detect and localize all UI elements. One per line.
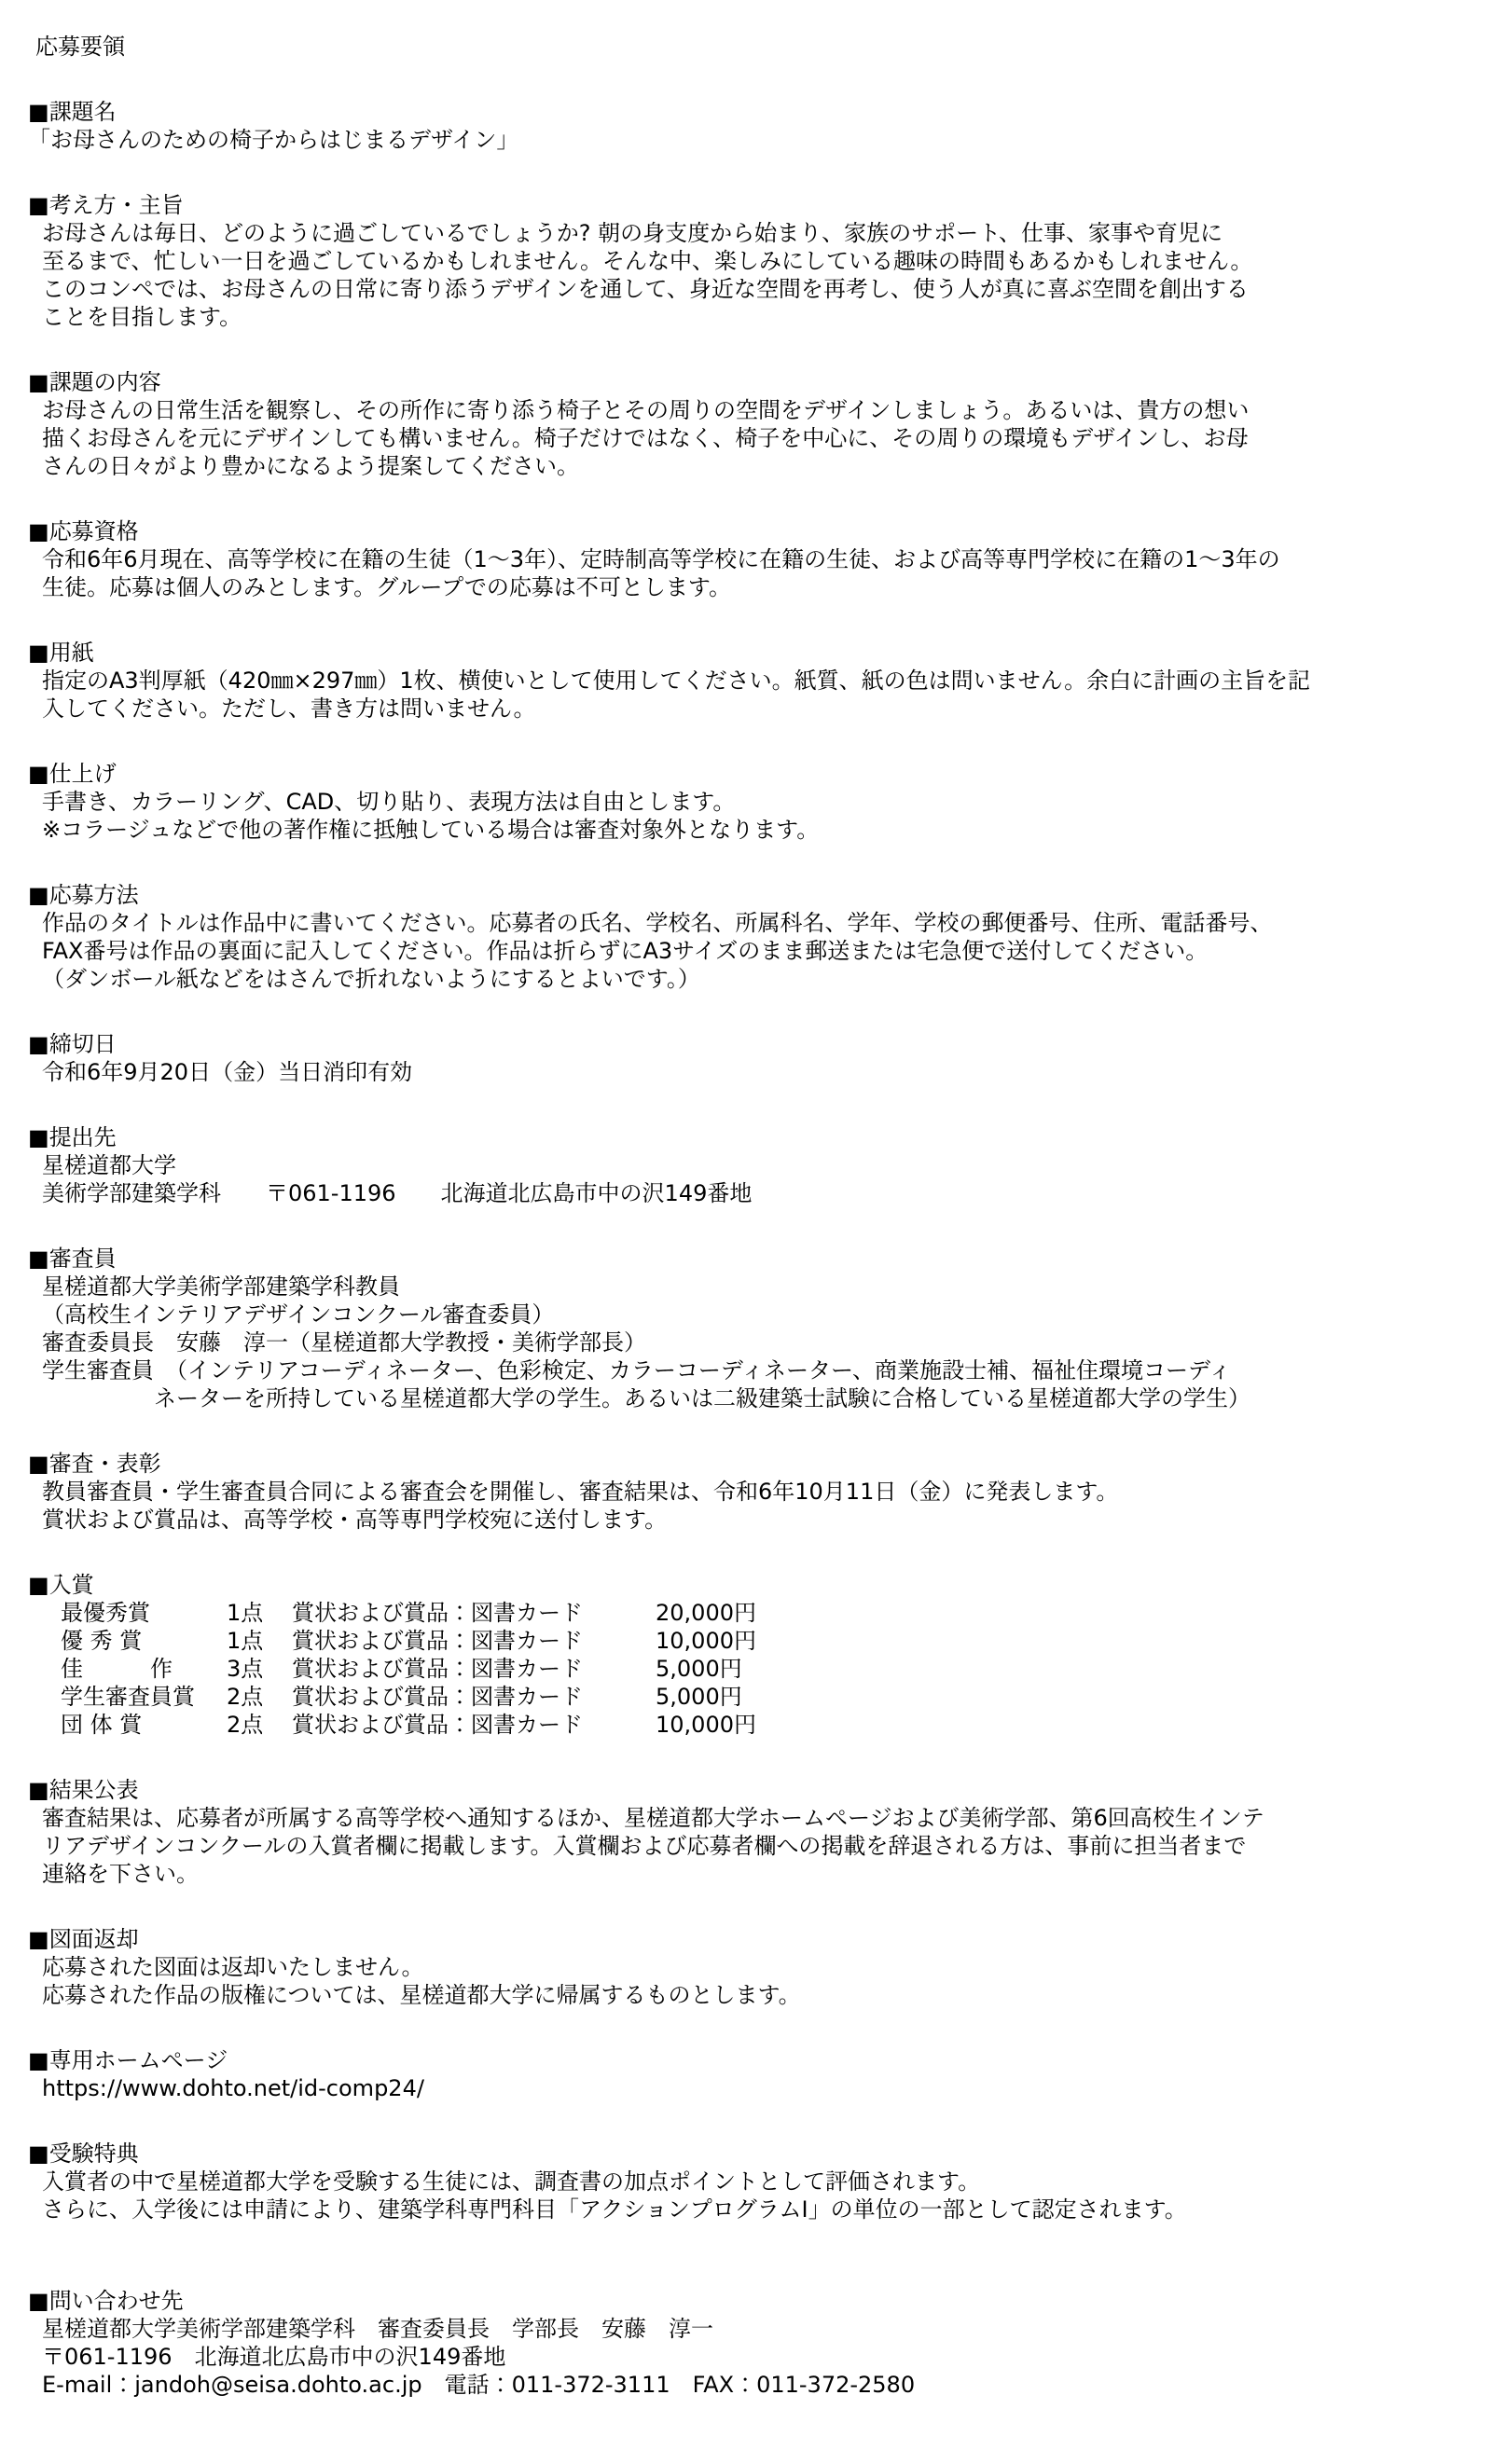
text-line: 令和6年9月20日（金）当日消印有効: [28, 1058, 1473, 1086]
section-marker-icon: ■: [28, 1031, 49, 1057]
text-line: お母さんの日常生活を観察し、その所作に寄り添う椅子とその周りの空間をデザインしま…: [28, 396, 1473, 424]
section-heading: ■応募方法: [28, 881, 1473, 909]
prize-amount: 10,000円: [656, 1711, 756, 1739]
section-heading-label: 図面返却: [49, 1926, 139, 1952]
prize-desc: 賞状および賞品：図書カード: [292, 1599, 656, 1627]
text-line: 学生審査員 （インテリアコーディネーター、色彩検定、カラーコーディネーター、商業…: [28, 1356, 1473, 1384]
text-line: 星槎道都大学美術学部建築学科教員: [28, 1273, 1473, 1301]
prize-row: 学生審査員賞2点賞状および賞品：図書カード5,000円: [28, 1683, 1473, 1711]
prize-row: 最優秀賞1点賞状および賞品：図書カード20,000円: [28, 1599, 1473, 1627]
text-line: 手書き、カラーリング、CAD、切り貼り、表現方法は自由とします。: [28, 788, 1473, 816]
document-body: ■課題名「お母さんのための椅子からはじまるデザイン」■考え方・主旨お母さんは毎日…: [28, 98, 1473, 2399]
section-judging-awards: ■審査・表彰教員審査員・学生審査員合同による審査会を開催し、審査結果は、令和6年…: [28, 1450, 1473, 1534]
section-heading-label: 応募方法: [49, 882, 139, 908]
text-line: 審査結果は、応募者が所属する高等学校へ通知するほか、星槎道都大学ホームページおよ…: [28, 1804, 1473, 1832]
text-line: ことを目指します。: [28, 303, 1473, 331]
section-judges: ■審査員星槎道都大学美術学部建築学科教員（高校生インテリアデザインコンクール審査…: [28, 1245, 1473, 1412]
section-heading-label: 課題名: [49, 99, 117, 125]
section-heading: ■考え方・主旨: [28, 191, 1473, 219]
section-marker-icon: ■: [28, 1451, 49, 1477]
section-eligibility: ■応募資格令和6年6月現在、高等学校に在籍の生徒（1～3年）、定時制高等学校に在…: [28, 517, 1473, 601]
section-marker-icon: ■: [28, 1926, 49, 1952]
text-line: 審査委員長 安藤 淳一（星槎道都大学教授・美術学部長）: [28, 1328, 1473, 1356]
section-marker-icon: ■: [28, 882, 49, 908]
section-homepage: ■専用ホームページhttps://www.dohto.net/id-comp24…: [28, 2046, 1473, 2102]
page-title: 応募要領: [28, 33, 1473, 61]
section-contact: ■問い合わせ先星槎道都大学美術学部建築学科 審査委員長 学部長 安藤 淳一〒06…: [28, 2287, 1473, 2399]
prize-desc: 賞状および賞品：図書カード: [292, 1711, 656, 1739]
prize-rank: 最優秀賞: [61, 1599, 227, 1627]
text-line: 賞状および賞品は、高等学校・高等専門学校宛に送付します。: [28, 1506, 1473, 1534]
section-heading: ■審査・表彰: [28, 1450, 1473, 1478]
section-heading-label: 考え方・主旨: [49, 192, 184, 218]
text-line: ※コラージュなどで他の著作権に抵触している場合は審査対象外となります。: [28, 816, 1473, 844]
text-line: 「お母さんのための椅子からはじまるデザイン」: [28, 126, 1473, 154]
section-marker-icon: ■: [28, 1246, 49, 1272]
section-marker-icon: ■: [28, 640, 49, 666]
text-line: 指定のA3判厚紙（420㎜×297㎜）1枚、横使いとして使用してください。紙質、…: [28, 667, 1473, 695]
prize-count: 3点: [227, 1655, 292, 1683]
section-heading: ■締切日: [28, 1030, 1473, 1058]
section-heading-label: 用紙: [49, 640, 94, 666]
prize-rank: 学生審査員賞: [61, 1683, 227, 1711]
text-line: （ダンボール紙などをはさんで折れないようにするとよいです。）: [28, 965, 1473, 993]
prize-desc: 賞状および賞品：図書カード: [292, 1627, 656, 1655]
document-page: 応募要領 ■課題名「お母さんのための椅子からはじまるデザイン」■考え方・主旨お母…: [0, 0, 1492, 2455]
section-heading-label: 結果公表: [49, 1777, 139, 1803]
section-concept: ■考え方・主旨お母さんは毎日、どのように過ごしているでしょうか? 朝の身支度から…: [28, 191, 1473, 331]
section-marker-icon: ■: [28, 1124, 49, 1150]
text-line: 星槎道都大学美術学部建築学科 審査委員長 学部長 安藤 淳一: [28, 2315, 1473, 2343]
section-marker-icon: ■: [28, 99, 49, 125]
prize-rank: 団 体 賞: [61, 1711, 227, 1739]
prize-amount: 20,000円: [656, 1599, 756, 1627]
text-line: 生徒。応募は個人のみとします。グループでの応募は不可とします。: [28, 573, 1473, 601]
text-line: 作品のタイトルは作品中に書いてください。応募者の氏名、学校名、所属科名、学年、学…: [28, 909, 1473, 937]
section-marker-icon: ■: [28, 2288, 49, 2314]
prize-amount: 10,000円: [656, 1627, 756, 1655]
text-line: 〒061-1196 北海道北広島市中の沢149番地: [28, 2343, 1473, 2371]
section-heading-label: 審査員: [49, 1246, 117, 1272]
section-heading: ■審査員: [28, 1245, 1473, 1273]
section-heading: ■応募資格: [28, 517, 1473, 545]
section-marker-icon: ■: [28, 2047, 49, 2073]
text-line: 入賞者の中で星槎道都大学を受験する生徒には、調査書の加点ポイントとして評価されま…: [28, 2168, 1473, 2196]
prize-amount: 5,000円: [656, 1655, 742, 1683]
section-submission-address: ■提出先星槎道都大学美術学部建築学科 〒061-1196 北海道北広島市中の沢1…: [28, 1123, 1473, 1207]
text-line: 美術学部建築学科 〒061-1196 北海道北広島市中の沢149番地: [28, 1179, 1473, 1207]
section-deadline: ■締切日令和6年9月20日（金）当日消印有効: [28, 1030, 1473, 1086]
prize-rank: 佳 作: [61, 1655, 227, 1683]
prize-desc: 賞状および賞品：図書カード: [292, 1655, 656, 1683]
section-heading: ■専用ホームページ: [28, 2046, 1473, 2074]
text-line: 至るまで、忙しい一日を過ごしているかもしれません。そんな中、楽しみにしている趣味…: [28, 247, 1473, 275]
section-heading: ■受験特典: [28, 2140, 1473, 2168]
text-line: さらに、入学後には申請により、建築学科専門科目「アクションプログラムⅠ」の単位の…: [28, 2196, 1473, 2223]
text-line: リアデザインコンクールの入賞者欄に掲載します。入賞欄および応募者欄への掲載を辞退…: [28, 1832, 1473, 1860]
section-marker-icon: ■: [28, 1572, 49, 1598]
section-heading-label: 課題の内容: [49, 369, 161, 395]
section-paper: ■用紙指定のA3判厚紙（420㎜×297㎜）1枚、横使いとして使用してください。…: [28, 639, 1473, 723]
section-heading: ■図面返却: [28, 1925, 1473, 1953]
section-how-to-apply: ■応募方法作品のタイトルは作品中に書いてください。応募者の氏名、学校名、所属科名…: [28, 881, 1473, 993]
text-line: （高校生インテリアデザインコンクール審査委員）: [28, 1301, 1473, 1328]
text-line: 教員審査員・学生審査員合同による審査会を開催し、審査結果は、令和6年10月11日…: [28, 1478, 1473, 1506]
section-prizes: ■入賞最優秀賞1点賞状および賞品：図書カード20,000円優 秀 賞1点賞状およ…: [28, 1571, 1473, 1739]
text-line: FAX番号は作品の裏面に記入してください。作品は折らずにA3サイズのまま郵送また…: [28, 937, 1473, 965]
section-heading: ■入賞: [28, 1571, 1473, 1599]
section-heading: ■結果公表: [28, 1776, 1473, 1804]
section-marker-icon: ■: [28, 192, 49, 218]
section-marker-icon: ■: [28, 518, 49, 544]
contact-email-phone-fax: E-mail：jandoh@seisa.dohto.ac.jp 電話：011-3…: [28, 2371, 1473, 2399]
text-line: さんの日々がより豊かになるよう提案してください。: [28, 452, 1473, 480]
text-line: 応募された作品の版権については、星槎道都大学に帰属するものとします。: [28, 1981, 1473, 2009]
section-heading-label: 審査・表彰: [49, 1451, 161, 1477]
text-line: 令和6年6月現在、高等学校に在籍の生徒（1～3年）、定時制高等学校に在籍の生徒、…: [28, 545, 1473, 573]
prize-count: 2点: [227, 1683, 292, 1711]
text-line: お母さんは毎日、どのように過ごしているでしょうか? 朝の身支度から始まり、家族の…: [28, 219, 1473, 247]
prize-desc: 賞状および賞品：図書カード: [292, 1683, 656, 1711]
text-line: 応募された図面は返却いたしません。: [28, 1953, 1473, 1981]
prize-amount: 5,000円: [656, 1683, 742, 1711]
section-results-announcement: ■結果公表審査結果は、応募者が所属する高等学校へ通知するほか、星槎道都大学ホーム…: [28, 1776, 1473, 1888]
prize-row: 優 秀 賞1点賞状および賞品：図書カード10,000円: [28, 1627, 1473, 1655]
section-heading-label: 応募資格: [49, 518, 139, 544]
section-heading: ■提出先: [28, 1123, 1473, 1151]
prize-count: 1点: [227, 1599, 292, 1627]
prize-count: 1点: [227, 1627, 292, 1655]
text-line: 星槎道都大学: [28, 1151, 1473, 1179]
section-heading-label: 問い合わせ先: [49, 2288, 184, 2314]
section-marker-icon: ■: [28, 369, 49, 395]
text-line: 入してください。ただし、書き方は問いません。: [28, 695, 1473, 723]
section-heading: ■問い合わせ先: [28, 2287, 1473, 2315]
text-line: 描くお母さんを元にデザインしても構いません。椅子だけではなく、椅子を中心に、その…: [28, 424, 1473, 452]
text-line: このコンペでは、お母さんの日常に寄り添うデザインを通して、身近な空間を再考し、使…: [28, 275, 1473, 303]
section-heading-label: 受験特典: [49, 2141, 139, 2167]
section-heading-label: 入賞: [49, 1572, 94, 1598]
prize-row: 団 体 賞2点賞状および賞品：図書カード10,000円: [28, 1711, 1473, 1739]
section-marker-icon: ■: [28, 1777, 49, 1803]
text-line: 連絡を下さい。: [28, 1860, 1473, 1888]
section-marker-icon: ■: [28, 761, 49, 787]
section-heading-label: 仕上げ: [49, 761, 117, 787]
section-subject-details: ■課題の内容お母さんの日常生活を観察し、その所作に寄り添う椅子とその周りの空間を…: [28, 368, 1473, 480]
section-subject-name: ■課題名「お母さんのための椅子からはじまるデザイン」: [28, 98, 1473, 154]
section-heading-label: 提出先: [49, 1124, 117, 1150]
prize-rank: 優 秀 賞: [61, 1627, 227, 1655]
homepage-url: https://www.dohto.net/id-comp24/: [28, 2074, 1473, 2102]
section-finish: ■仕上げ手書き、カラーリング、CAD、切り貼り、表現方法は自由とします。※コラー…: [28, 760, 1473, 844]
text-line: ネーターを所持している星槎道都大学の学生。あるいは二級建築士試験に合格している星…: [28, 1384, 1473, 1412]
section-heading: ■課題名: [28, 98, 1473, 126]
section-heading: ■課題の内容: [28, 368, 1473, 396]
section-heading-label: 専用ホームページ: [49, 2047, 228, 2073]
section-drawing-return: ■図面返却応募された図面は返却いたしません。応募された作品の版権については、星槎…: [28, 1925, 1473, 2009]
prize-row: 佳 作3点賞状および賞品：図書カード5,000円: [28, 1655, 1473, 1683]
section-marker-icon: ■: [28, 2141, 49, 2167]
section-heading-label: 締切日: [49, 1031, 117, 1057]
section-heading: ■仕上げ: [28, 760, 1473, 788]
section-heading: ■用紙: [28, 639, 1473, 667]
prize-count: 2点: [227, 1711, 292, 1739]
section-exam-benefits: ■受験特典入賞者の中で星槎道都大学を受験する生徒には、調査書の加点ポイントとして…: [28, 2140, 1473, 2223]
